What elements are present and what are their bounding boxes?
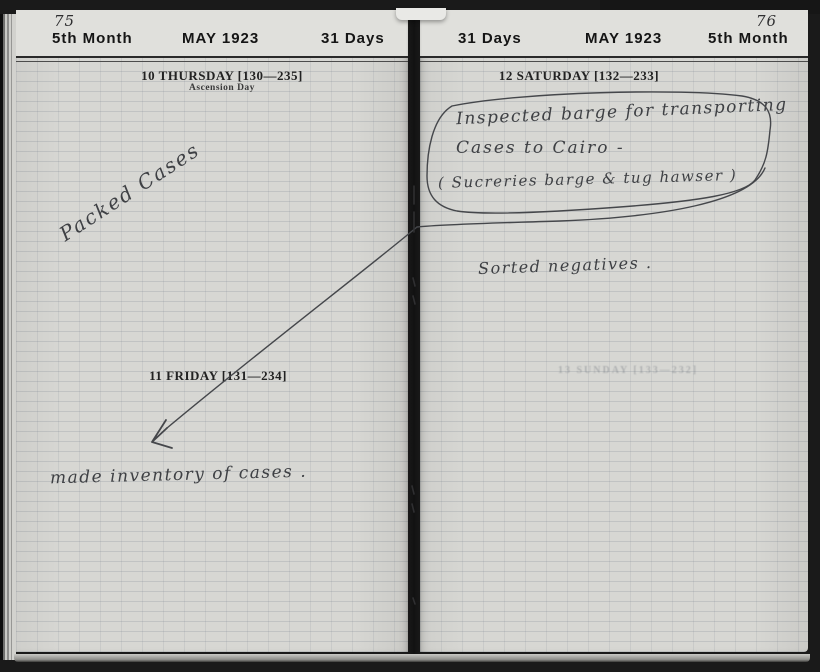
diary-spread: 75 5th Month MAY 1923 31 Days 10 THURSDA… — [0, 8, 820, 656]
left-header-rule — [16, 56, 408, 62]
note-sorted-negatives: Sorted negatives . — [478, 253, 653, 278]
circled-note-line-2: Cases to Cairo - — [456, 138, 625, 158]
show-through-ghost: 13 SUNDAY [133—232] — [558, 365, 698, 376]
circled-note-line-1: Inspected barge for transporting — [456, 95, 788, 129]
right-month-ordinal: 5th Month — [708, 30, 789, 47]
page-edge-stack — [0, 14, 16, 660]
right-header-rule — [420, 56, 808, 62]
circled-note-line-3: ( Sucreries barge & tug hawser ) — [438, 166, 738, 192]
left-page: 75 5th Month MAY 1923 31 Days 10 THURSDA… — [16, 10, 408, 652]
scanner-background: 75 5th Month MAY 1923 31 Days 10 THURSDA… — [0, 0, 820, 672]
book-bottom-edge — [14, 654, 810, 662]
left-header-band: 75 5th Month MAY 1923 31 Days — [16, 10, 408, 56]
left-month-title: MAY 1923 — [182, 30, 259, 47]
right-page-number: 76 — [756, 12, 777, 30]
ascension-day-label: Ascension Day — [16, 83, 408, 93]
left-days-count: 31 Days — [321, 30, 385, 47]
day-header-thursday: 10 THURSDAY [130—235] — [16, 68, 408, 84]
day-header-saturday: 12 SATURDAY [132—233] — [420, 68, 808, 84]
day-header-friday: 11 FRIDAY [131—234] — [16, 368, 408, 384]
right-header-band: 31 Days MAY 1923 5th Month 76 — [420, 10, 808, 56]
right-page: 31 Days MAY 1923 5th Month 76 12 SATURDA… — [420, 10, 808, 652]
binding-tab — [396, 8, 446, 20]
gutter — [406, 8, 422, 656]
note-inventory: made inventory of cases . — [50, 462, 308, 489]
left-month-ordinal: 5th Month — [52, 30, 133, 47]
note-packed-cases: Packed Cases — [55, 137, 204, 246]
left-page-number: 75 — [54, 12, 75, 30]
right-month-title: MAY 1923 — [585, 30, 662, 47]
right-days-count: 31 Days — [458, 30, 522, 47]
